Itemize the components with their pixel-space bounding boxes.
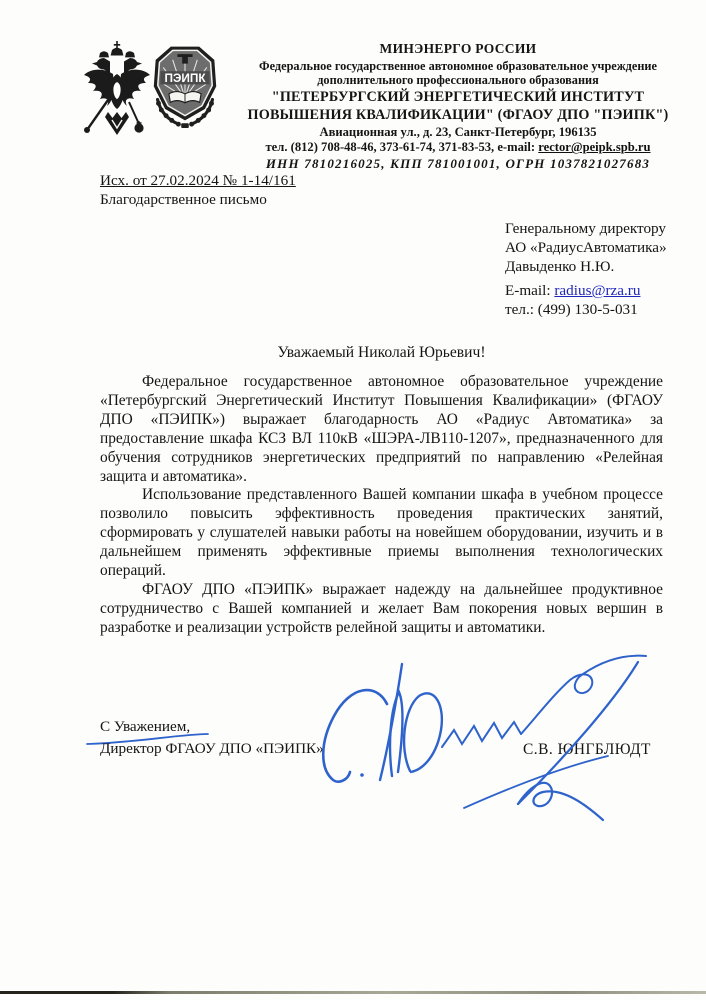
- letter-page: ПЭИПК МИНЭНЕРГО РОССИИ Федеральное госуд…: [0, 0, 706, 1000]
- letter-subject: Благодарственное письмо: [100, 190, 296, 209]
- ministry-name: МИНЭНЕРГО РОССИИ: [226, 41, 690, 57]
- institute-contacts: тел. (812) 708-48-46, 373-61-74, 371-83-…: [226, 140, 690, 155]
- letterhead: МИНЭНЕРГО РОССИИ Федеральное государстве…: [226, 41, 690, 171]
- institute-email-link[interactable]: rector@peipk.spb.ru: [538, 140, 650, 154]
- recipient-email-label: E-mail:: [505, 282, 554, 299]
- recipient-person: Давыденко Н.Ю.: [505, 257, 667, 276]
- recipient-position: Генеральному директору: [505, 219, 667, 238]
- signature-position: Директор ФГАОУ ДПО «ПЭИПК»: [100, 740, 324, 758]
- institute-name-line1: "ПЕТЕРБУРГСКИЙ ЭНЕРГЕТИЧЕСКИЙ ИНСТИТУТ: [226, 89, 690, 106]
- recipient-email-row: E-mail: radius@rza.ru: [505, 281, 667, 300]
- phone-numbers: тел. (812) 708-48-46, 373-61-74, 371-83-…: [265, 140, 538, 154]
- institute-emblem-icon: ПЭИПК: [150, 44, 220, 140]
- institute-address: Авиационная ул., д. 23, Санкт-Петербург,…: [226, 125, 690, 140]
- recipient-email-link[interactable]: radius@rza.ru: [554, 282, 640, 299]
- institute-logo-text: ПЭИПК: [164, 71, 206, 85]
- paragraph: ФГАОУ ДПО «ПЭИПК» выражает надежду на да…: [100, 581, 663, 638]
- scan-edge-line: [0, 991, 706, 994]
- letter-body: Федеральное государственное автономное о…: [100, 373, 663, 638]
- institute-requisites: ИНН 7810216025, КПП 781001001, ОГРН 1037…: [226, 156, 690, 171]
- institute-name-line2: ПОВЫШЕНИЯ КВАЛИФИКАЦИИ" (ФГАОУ ДПО "ПЭИП…: [226, 107, 690, 124]
- salutation: Уважаемый Николай Юрьевич!: [100, 344, 663, 362]
- coat-of-arms-icon: [82, 40, 152, 152]
- paragraph: Использование представленного Вашей комп…: [100, 486, 663, 581]
- outgoing-number: Исх. от 27.02.2024 № 1-14/161: [100, 171, 296, 190]
- org-type-line2: дополнительного профессионального образо…: [226, 73, 690, 88]
- paragraph: Федеральное государственное автономное о…: [100, 373, 663, 486]
- recipient-company: АО «РадиусАвтоматика»: [505, 238, 667, 257]
- recipient-block: Генеральному директору АО «РадиусАвтомат…: [505, 219, 667, 319]
- org-type-line1: Федеральное государственное автономное о…: [226, 59, 690, 74]
- handwritten-signature: [292, 646, 706, 864]
- recipient-phone: тел.: (499) 130-5-031: [505, 300, 667, 319]
- reference-block: Исх. от 27.02.2024 № 1-14/161 Благодарст…: [100, 171, 296, 210]
